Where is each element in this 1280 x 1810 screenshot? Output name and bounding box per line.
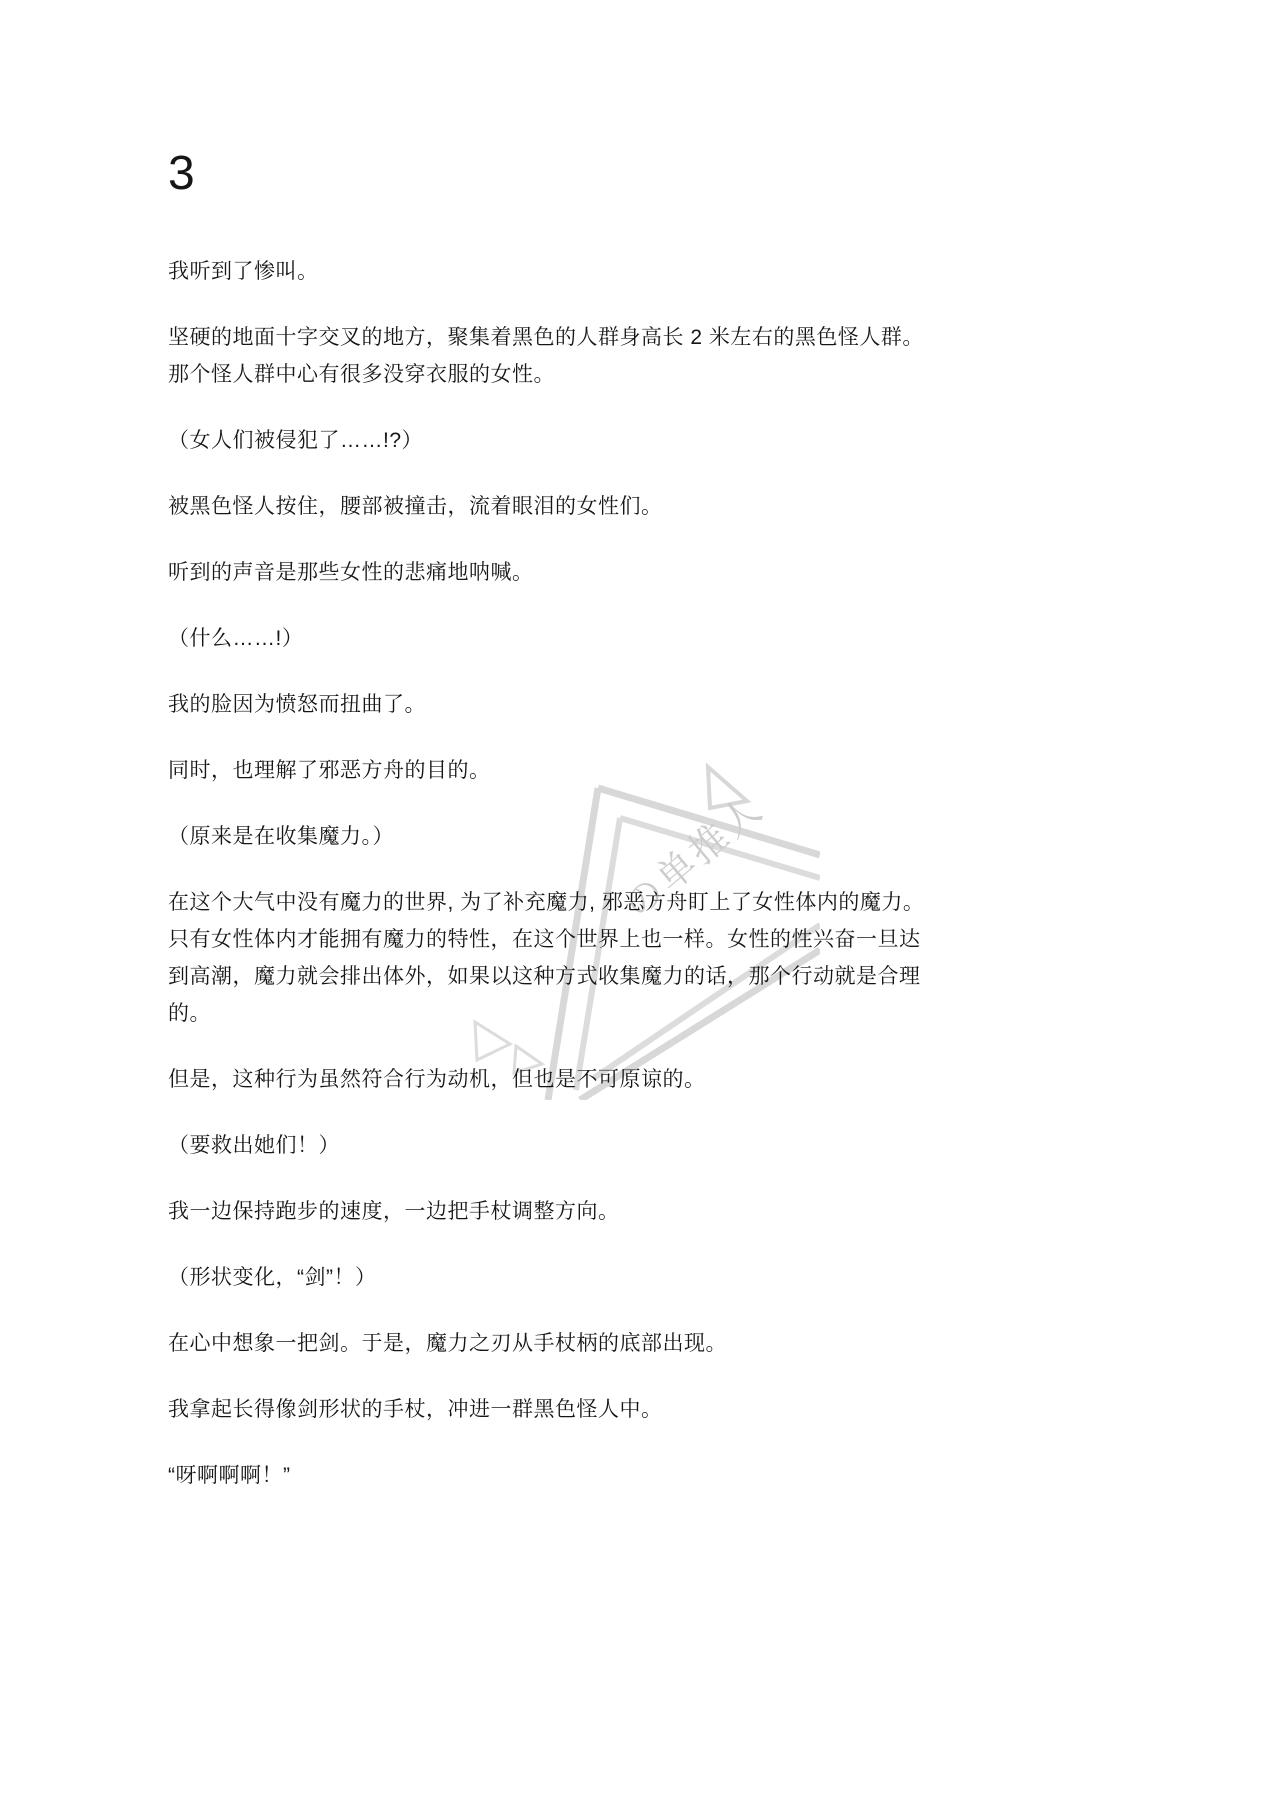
document-page: の单推人 3 我听到了惨叫。 坚硬的地面十字交叉的地方，聚集着黑色的人群身高长 … <box>0 0 1280 1810</box>
paragraph: 坚硬的地面十字交叉的地方，聚集着黑色的人群身高长 2 米左右的黑色怪人群。 那个… <box>168 319 968 393</box>
paragraph: 我听到了惨叫。 <box>168 253 968 290</box>
chapter-body: 3 我听到了惨叫。 坚硬的地面十字交叉的地方，聚集着黑色的人群身高长 2 米左右… <box>168 0 968 1523</box>
paragraph: “呀啊啊啊！” <box>168 1457 968 1494</box>
paragraph: 在这个大气中没有魔力的世界, 为了补充魔力, 邪恶方舟盯上了女性体内的魔力。 只… <box>168 884 968 1032</box>
paragraph: 我的脸因为愤怒而扭曲了。 <box>168 686 968 723</box>
paragraph: （原来是在收集魔力。） <box>168 818 968 855</box>
paragraph: （什么……!） <box>168 620 968 657</box>
paragraph: 同时，也理解了邪恶方舟的目的。 <box>168 752 968 789</box>
paragraph: （女人们被侵犯了……!?） <box>168 422 968 459</box>
paragraph: 我一边保持跑步的速度，一边把手杖调整方向。 <box>168 1193 968 1230</box>
paragraph: 但是，这种行为虽然符合行为动机，但也是不可原谅的。 <box>168 1061 968 1098</box>
paragraph: 被黑色怪人按住，腰部被撞击，流着眼泪的女性们。 <box>168 488 968 525</box>
paragraph: 我拿起长得像剑形状的手杖，冲进一群黑色怪人中。 <box>168 1391 968 1428</box>
chapter-number-heading: 3 <box>168 150 968 198</box>
paragraph: 听到的声音是那些女性的悲痛地呐喊。 <box>168 554 968 591</box>
paragraph: （要救出她们！） <box>168 1127 968 1164</box>
paragraph: （形状变化，“剑”！） <box>168 1259 968 1296</box>
paragraph: 在心中想象一把剑。于是，魔力之刃从手杖柄的底部出现。 <box>168 1325 968 1362</box>
